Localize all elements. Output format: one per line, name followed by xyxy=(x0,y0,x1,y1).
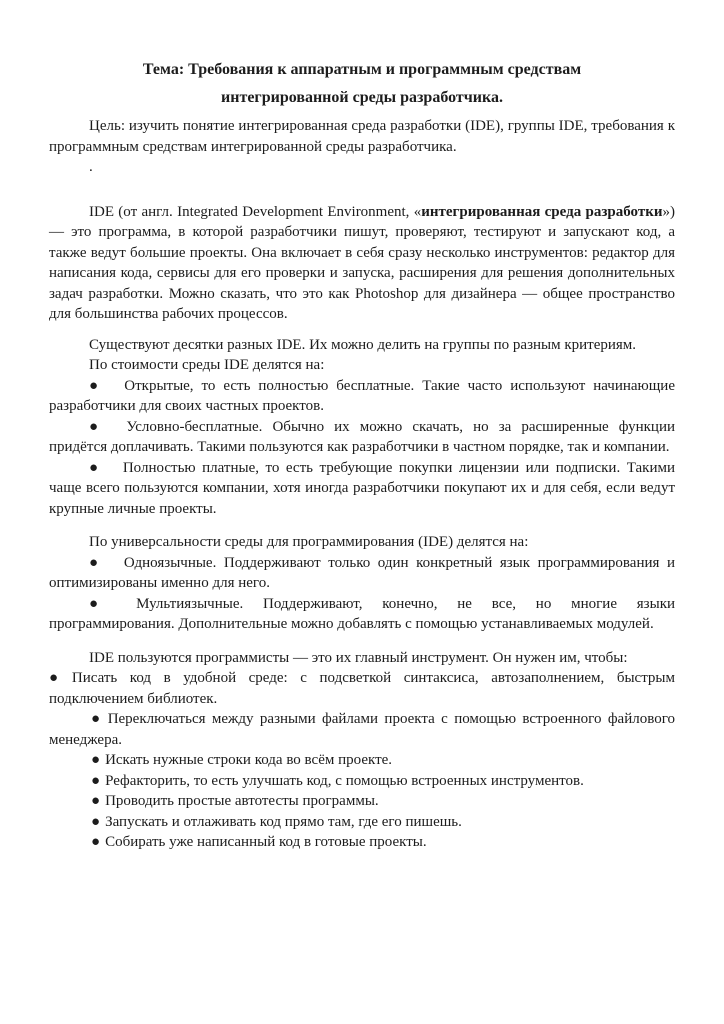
intro-suffix: ») — это программа, в которой разработчи… xyxy=(49,204,675,323)
page-title-line2: интегрированной среды разработчика. xyxy=(49,84,675,112)
bullet-marker: ● xyxy=(89,555,102,571)
list-item: ●Одноязычные. Поддерживают только один к… xyxy=(49,553,675,594)
list-item: ●Полностью платные, то есть требующие по… xyxy=(49,458,675,520)
bullet-marker: ● xyxy=(89,378,102,394)
bullet-marker: ● xyxy=(89,460,101,476)
stray-dot-paragraph: . xyxy=(49,157,675,178)
usage-intro-paragraph: IDE пользуются программисты — это их гла… xyxy=(49,648,675,669)
list-item-text: Мультиязычные. Поддерживают, конечно, не… xyxy=(49,596,675,633)
list-item-text: Запускать и отлаживать код прямо там, гд… xyxy=(105,814,462,830)
list-item: ●Искать нужные строки кода во всём проек… xyxy=(49,750,675,771)
intro-prefix: IDE (от англ. Integrated Development Env… xyxy=(89,204,421,220)
list-item: ●Рефакторить, то есть улучшать код, с по… xyxy=(49,771,675,792)
bullet-marker: ● xyxy=(91,834,100,850)
bullet-marker: ● xyxy=(91,711,103,727)
list-item-text: Условно-бесплатные. Обычно их можно скач… xyxy=(49,419,675,456)
list-item-text: Писать код в удобной среде: с подсветкой… xyxy=(49,670,675,707)
goal-paragraph: Цель: изучить понятие интегрированная ср… xyxy=(49,116,675,157)
groups-intro-paragraph: Существуют десятки разных IDE. Их можно … xyxy=(49,335,675,356)
list-item-text: Открытые, то есть полностью бесплатные. … xyxy=(49,378,675,415)
bullet-marker: ● xyxy=(89,596,114,612)
list-item-text: Полностью платные, то есть требующие пок… xyxy=(49,460,675,517)
bullet-marker: ● xyxy=(91,793,100,809)
list-item: ●Писать код в удобной среде: с подсветко… xyxy=(49,668,675,709)
list-item-text: Проводить простые автотесты программы. xyxy=(105,793,379,809)
list-item-text: Рефакторить, то есть улучшать код, с пом… xyxy=(105,773,584,789)
intro-bold-term: интегрированная среда разработки xyxy=(421,204,662,220)
list-item: ●Собирать уже написанный код в готовые п… xyxy=(49,832,675,853)
cost-heading: По стоимости среды IDE делятся на: xyxy=(49,355,675,376)
bullet-marker: ● xyxy=(49,670,67,686)
list-item: ●Проводить простые автотесты программы. xyxy=(49,791,675,812)
list-item: ●Условно-бесплатные. Обычно их можно ска… xyxy=(49,417,675,458)
list-item-text: Одноязычные. Поддерживают только один ко… xyxy=(49,555,675,592)
list-item-text: Искать нужные строки кода во всём проект… xyxy=(105,752,392,768)
bullet-marker: ● xyxy=(91,752,100,768)
intro-paragraph: IDE (от англ. Integrated Development Env… xyxy=(49,202,675,325)
list-item: ●Переключаться между разными файлами про… xyxy=(49,709,675,750)
page-title-line1: Тема: Требования к аппаратным и программ… xyxy=(49,56,675,84)
bullet-marker: ● xyxy=(89,419,104,435)
document-page: Тема: Требования к аппаратным и программ… xyxy=(0,0,724,1024)
list-item: ●Открытые, то есть полностью бесплатные.… xyxy=(49,376,675,417)
bullet-marker: ● xyxy=(91,773,100,789)
universality-heading: По универсальности среды для программиро… xyxy=(49,532,675,553)
list-item: ●Мультиязычные. Поддерживают, конечно, н… xyxy=(49,594,675,635)
bullet-marker: ● xyxy=(91,814,100,830)
list-item: ●Запускать и отлаживать код прямо там, г… xyxy=(49,812,675,833)
list-item-text: Собирать уже написанный код в готовые пр… xyxy=(105,834,427,850)
list-item-text: Переключаться между разными файлами прое… xyxy=(49,711,675,748)
page-title: Тема: Требования к аппаратным и программ… xyxy=(49,56,675,112)
